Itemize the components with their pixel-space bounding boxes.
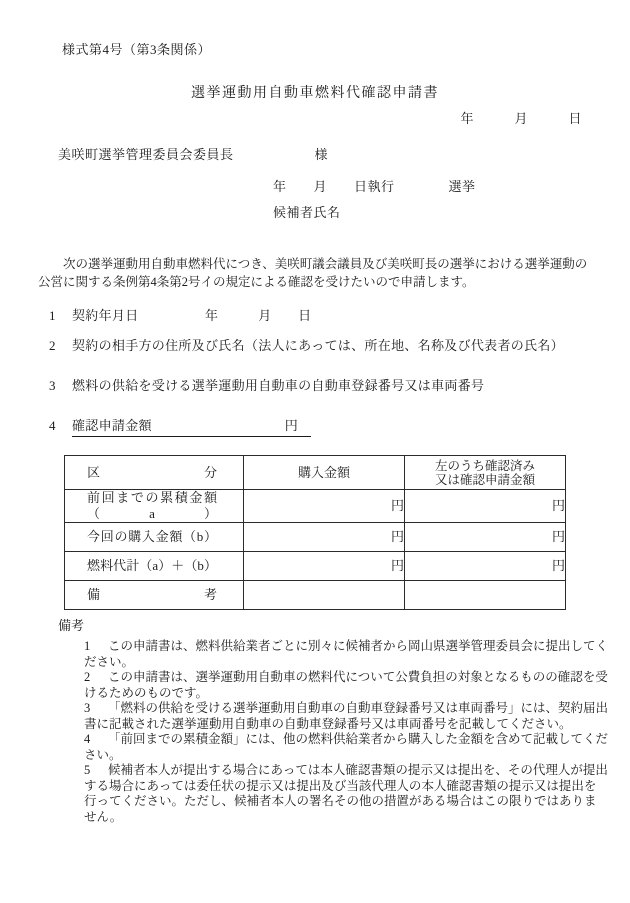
item-number: 3 <box>49 378 72 394</box>
item-contract-date: 1契約年月日 年 月 日 <box>49 308 311 324</box>
note-item: 3「燃料の供給を受ける選挙運動用自動車の自動車登録番号又は車両番号」には、契約届… <box>84 701 608 732</box>
purchase-amount-cell: 円 <box>244 523 405 552</box>
item-application-amount: 4確認申請金額 円 <box>49 418 311 434</box>
row-label-cell: 今回の購入金額（b） <box>65 523 244 552</box>
notes-list: 1この申請書は、燃料供給業者ごとに別々に候補者から岡山県選挙管理委員会に提出して… <box>84 639 608 825</box>
header-cell-category: 区分 <box>65 456 244 490</box>
header-cell-confirmed: 左のうち確認済み 又は確認申請金額 <box>405 456 566 490</box>
row-label: 前回までの累積金額（a） <box>87 490 217 522</box>
table-header-row: 区分 購入金額 左のうち確認済み 又は確認申請金額 <box>65 456 566 490</box>
row-label: 燃料代計（a）＋（b） <box>87 558 217 574</box>
notes-heading: 備考 <box>58 618 84 634</box>
election-execution-line: 年 月 日執行 選挙 <box>273 179 476 195</box>
row-label: 備考 <box>87 587 217 603</box>
note-text: この申請書は、燃料供給業者ごとに別々に候補者から岡山県選挙管理委員会に提出してく… <box>84 639 608 669</box>
item-vehicle-registration: 3燃料の供給を受ける選挙運動用自動車の自動車登録番号又は車両番号 <box>49 378 484 394</box>
note-text: この申請書は、選挙運動用自動車の燃料代について公費負担の対象となるものの確認を受… <box>84 670 608 700</box>
note-number: 3 <box>84 701 108 717</box>
addressee-line: 美咲町選挙管理委員会委員長 様 <box>58 147 328 163</box>
note-number: 2 <box>84 670 108 686</box>
purchase-amount-cell: 円 <box>244 490 405 523</box>
header-cell-purchase: 購入金額 <box>244 456 405 490</box>
header-label: 購入金額 <box>298 465 350 480</box>
purchase-amount-cell: 円 <box>244 552 405 581</box>
confirmed-amount-cell: 円 <box>405 490 566 523</box>
table-row-remarks: 備考 <box>65 581 566 610</box>
item-label: 契約年月日 年 月 日 <box>72 308 311 323</box>
row-label: 今回の購入金額（b） <box>87 529 217 545</box>
note-number: 4 <box>84 732 108 748</box>
note-number: 5 <box>84 763 108 779</box>
intro-paragraph: 次の選挙運動用自動車燃料代につき、美咲町議会議員及び美咲町長の選挙における選挙運… <box>38 255 598 291</box>
header-label: 区分 <box>87 465 217 481</box>
row-label-cell: 燃料代計（a）＋（b） <box>65 552 244 581</box>
confirmed-amount-cell: 円 <box>405 523 566 552</box>
application-date-line: 年 月 日 <box>460 111 582 127</box>
item-label: 契約の相手方の住所及び氏名（法人にあっては、所在地、名称及び代表者の氏名） <box>72 338 564 353</box>
remarks-cell <box>405 581 566 610</box>
header-label: 左のうち確認済み 又は確認申請金額 <box>405 459 565 487</box>
table-row-fuel-total: 燃料代計（a）＋（b） 円 円 <box>65 552 566 581</box>
note-item: 2この申請書は、選挙運動用自動車の燃料代について公費負担の対象となるものの確認を… <box>84 670 608 701</box>
note-item: 5候補者本人が提出する場合にあっては本人確認書類の提示又は提出を、その代理人が提… <box>84 763 608 825</box>
table-row-current-purchase: 今回の購入金額（b） 円 円 <box>65 523 566 552</box>
row-label-cell: 前回までの累積金額（a） <box>65 490 244 523</box>
row-label-cell: 備考 <box>65 581 244 610</box>
note-item: 1この申請書は、燃料供給業者ごとに別々に候補者から岡山県選挙管理委員会に提出して… <box>84 639 608 670</box>
item-number: 4 <box>49 418 72 434</box>
note-text: 候補者本人が提出する場合にあっては本人確認書類の提示又は提出を、その代理人が提出… <box>84 763 608 824</box>
page-title: 選挙運動用自動車燃料代確認申請書 <box>0 86 630 102</box>
note-item: 4「前回までの累積金額」には、他の燃料供給業者から購入した金額を含めて記載してく… <box>84 732 608 763</box>
application-form-page: 様式第4号（第3条関係） 選挙運動用自動車燃料代確認申請書 年 月 日 美咲町選… <box>0 0 630 903</box>
amount-table: 区分 購入金額 左のうち確認済み 又は確認申請金額 前回までの累積金額（a） 円… <box>64 455 566 610</box>
application-amount-blank: 確認申請金額 円 <box>72 418 311 437</box>
confirmed-amount-cell: 円 <box>405 552 566 581</box>
candidate-name-label: 候補者氏名 <box>273 205 341 221</box>
form-number: 様式第4号（第3条関係） <box>62 42 211 58</box>
item-label: 燃料の供給を受ける選挙運動用自動車の自動車登録番号又は車両番号 <box>72 378 484 393</box>
note-number: 1 <box>84 639 108 655</box>
table-row-previous-total: 前回までの累積金額（a） 円 円 <box>65 490 566 523</box>
item-contract-party: 2契約の相手方の住所及び氏名（法人にあっては、所在地、名称及び代表者の氏名） <box>49 338 564 354</box>
note-text: 「前回までの累積金額」には、他の燃料供給業者から購入した金額を含めて記載してくだ… <box>84 732 608 762</box>
item-number: 1 <box>49 308 72 324</box>
remarks-cell <box>244 581 405 610</box>
note-text: 「燃料の供給を受ける選挙運動用自動車の自動車登録番号又は車両番号」には、契約届出… <box>84 701 608 731</box>
item-number: 2 <box>49 338 72 354</box>
